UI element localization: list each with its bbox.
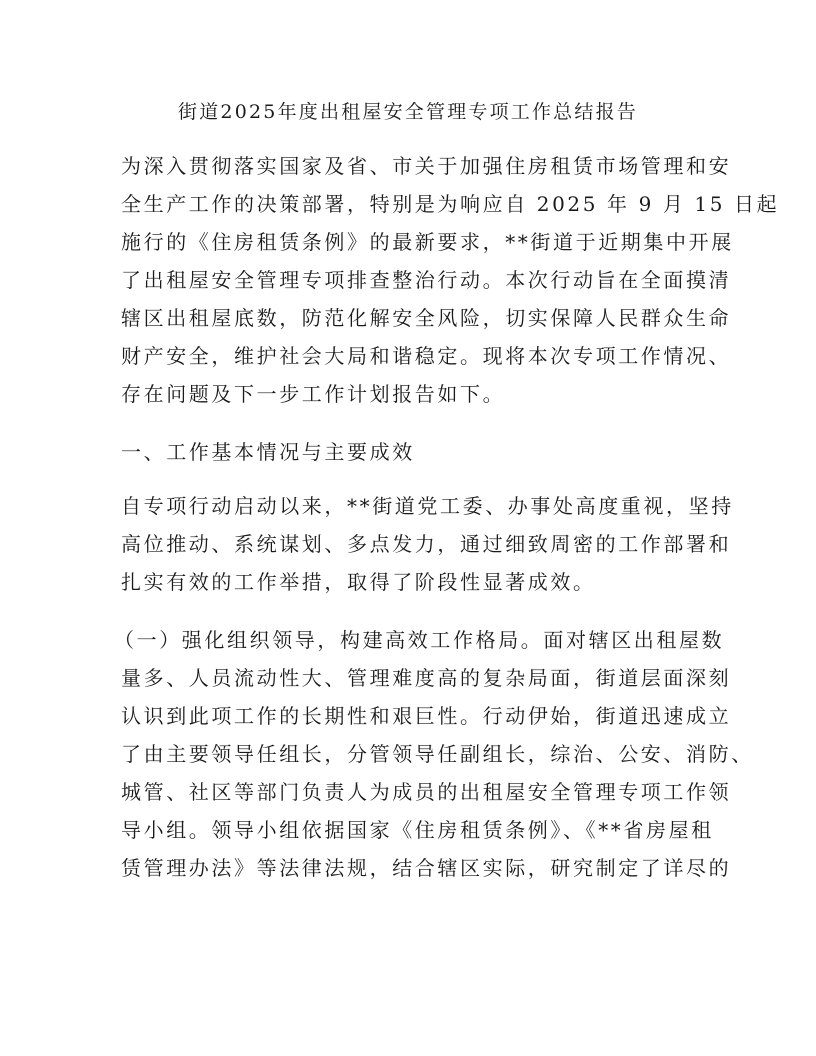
subsection-line: 认识到此项工作的长期性和艰巨性。行动伊始，街道迅速成立: [121, 702, 701, 730]
subsection-line: 导小组。领导小组依据国家《住房租赁条例》、《**省房屋租: [121, 816, 701, 844]
subsection-line: 了由主要领导任组长，分管领导任副组长，综治、公安、消防、: [121, 740, 701, 768]
document-page: 街道2025年度出租屋安全管理专项工作总结报告 为深入贯彻落实国家及省、市关于加…: [0, 0, 816, 1056]
intro-line: 存在问题及下一步工作计划报告如下。: [121, 380, 701, 408]
intro-line: 了出租屋安全管理专项排查整治行动。本次行动旨在全面摸清: [121, 266, 701, 294]
subsection-line: 赁管理办法》等法律法规，结合辖区实际，研究制定了详尽的: [121, 854, 701, 882]
section-heading: 一、工作基本情况与主要成效: [121, 438, 701, 466]
subsection-line: （一）强化组织领导，构建高效工作格局。面对辖区出租屋数: [114, 626, 694, 654]
section-intro-line: 自专项行动启动以来，**街道党工委、办事处高度重视，坚持: [121, 492, 701, 520]
subsection-line: 城管、社区等部门负责人为成员的出租屋安全管理专项工作领: [121, 778, 701, 806]
section-intro-line: 扎实有效的工作举措，取得了阶段性显著成效。: [121, 568, 701, 596]
section-intro-line: 高位推动、系统谋划、多点发力，通过细致周密的工作部署和: [121, 530, 701, 558]
intro-line: 全生产工作的决策部署，特别是为响应自 2025 年 9 月 15 日起: [121, 190, 701, 218]
document-title: 街道2025年度出租屋安全管理专项工作总结报告: [0, 98, 816, 126]
intro-line: 施行的《住房租赁条例》的最新要求，**街道于近期集中开展: [121, 228, 701, 256]
intro-line: 财产安全，维护社会大局和谐稳定。现将本次专项工作情况、: [121, 342, 701, 370]
intro-line: 为深入贯彻落实国家及省、市关于加强住房租赁市场管理和安: [121, 152, 701, 180]
intro-line: 辖区出租屋底数，防范化解安全风险，切实保障人民群众生命: [121, 304, 701, 332]
subsection-line: 量多、人员流动性大、管理难度高的复杂局面，街道层面深刻: [121, 664, 701, 692]
